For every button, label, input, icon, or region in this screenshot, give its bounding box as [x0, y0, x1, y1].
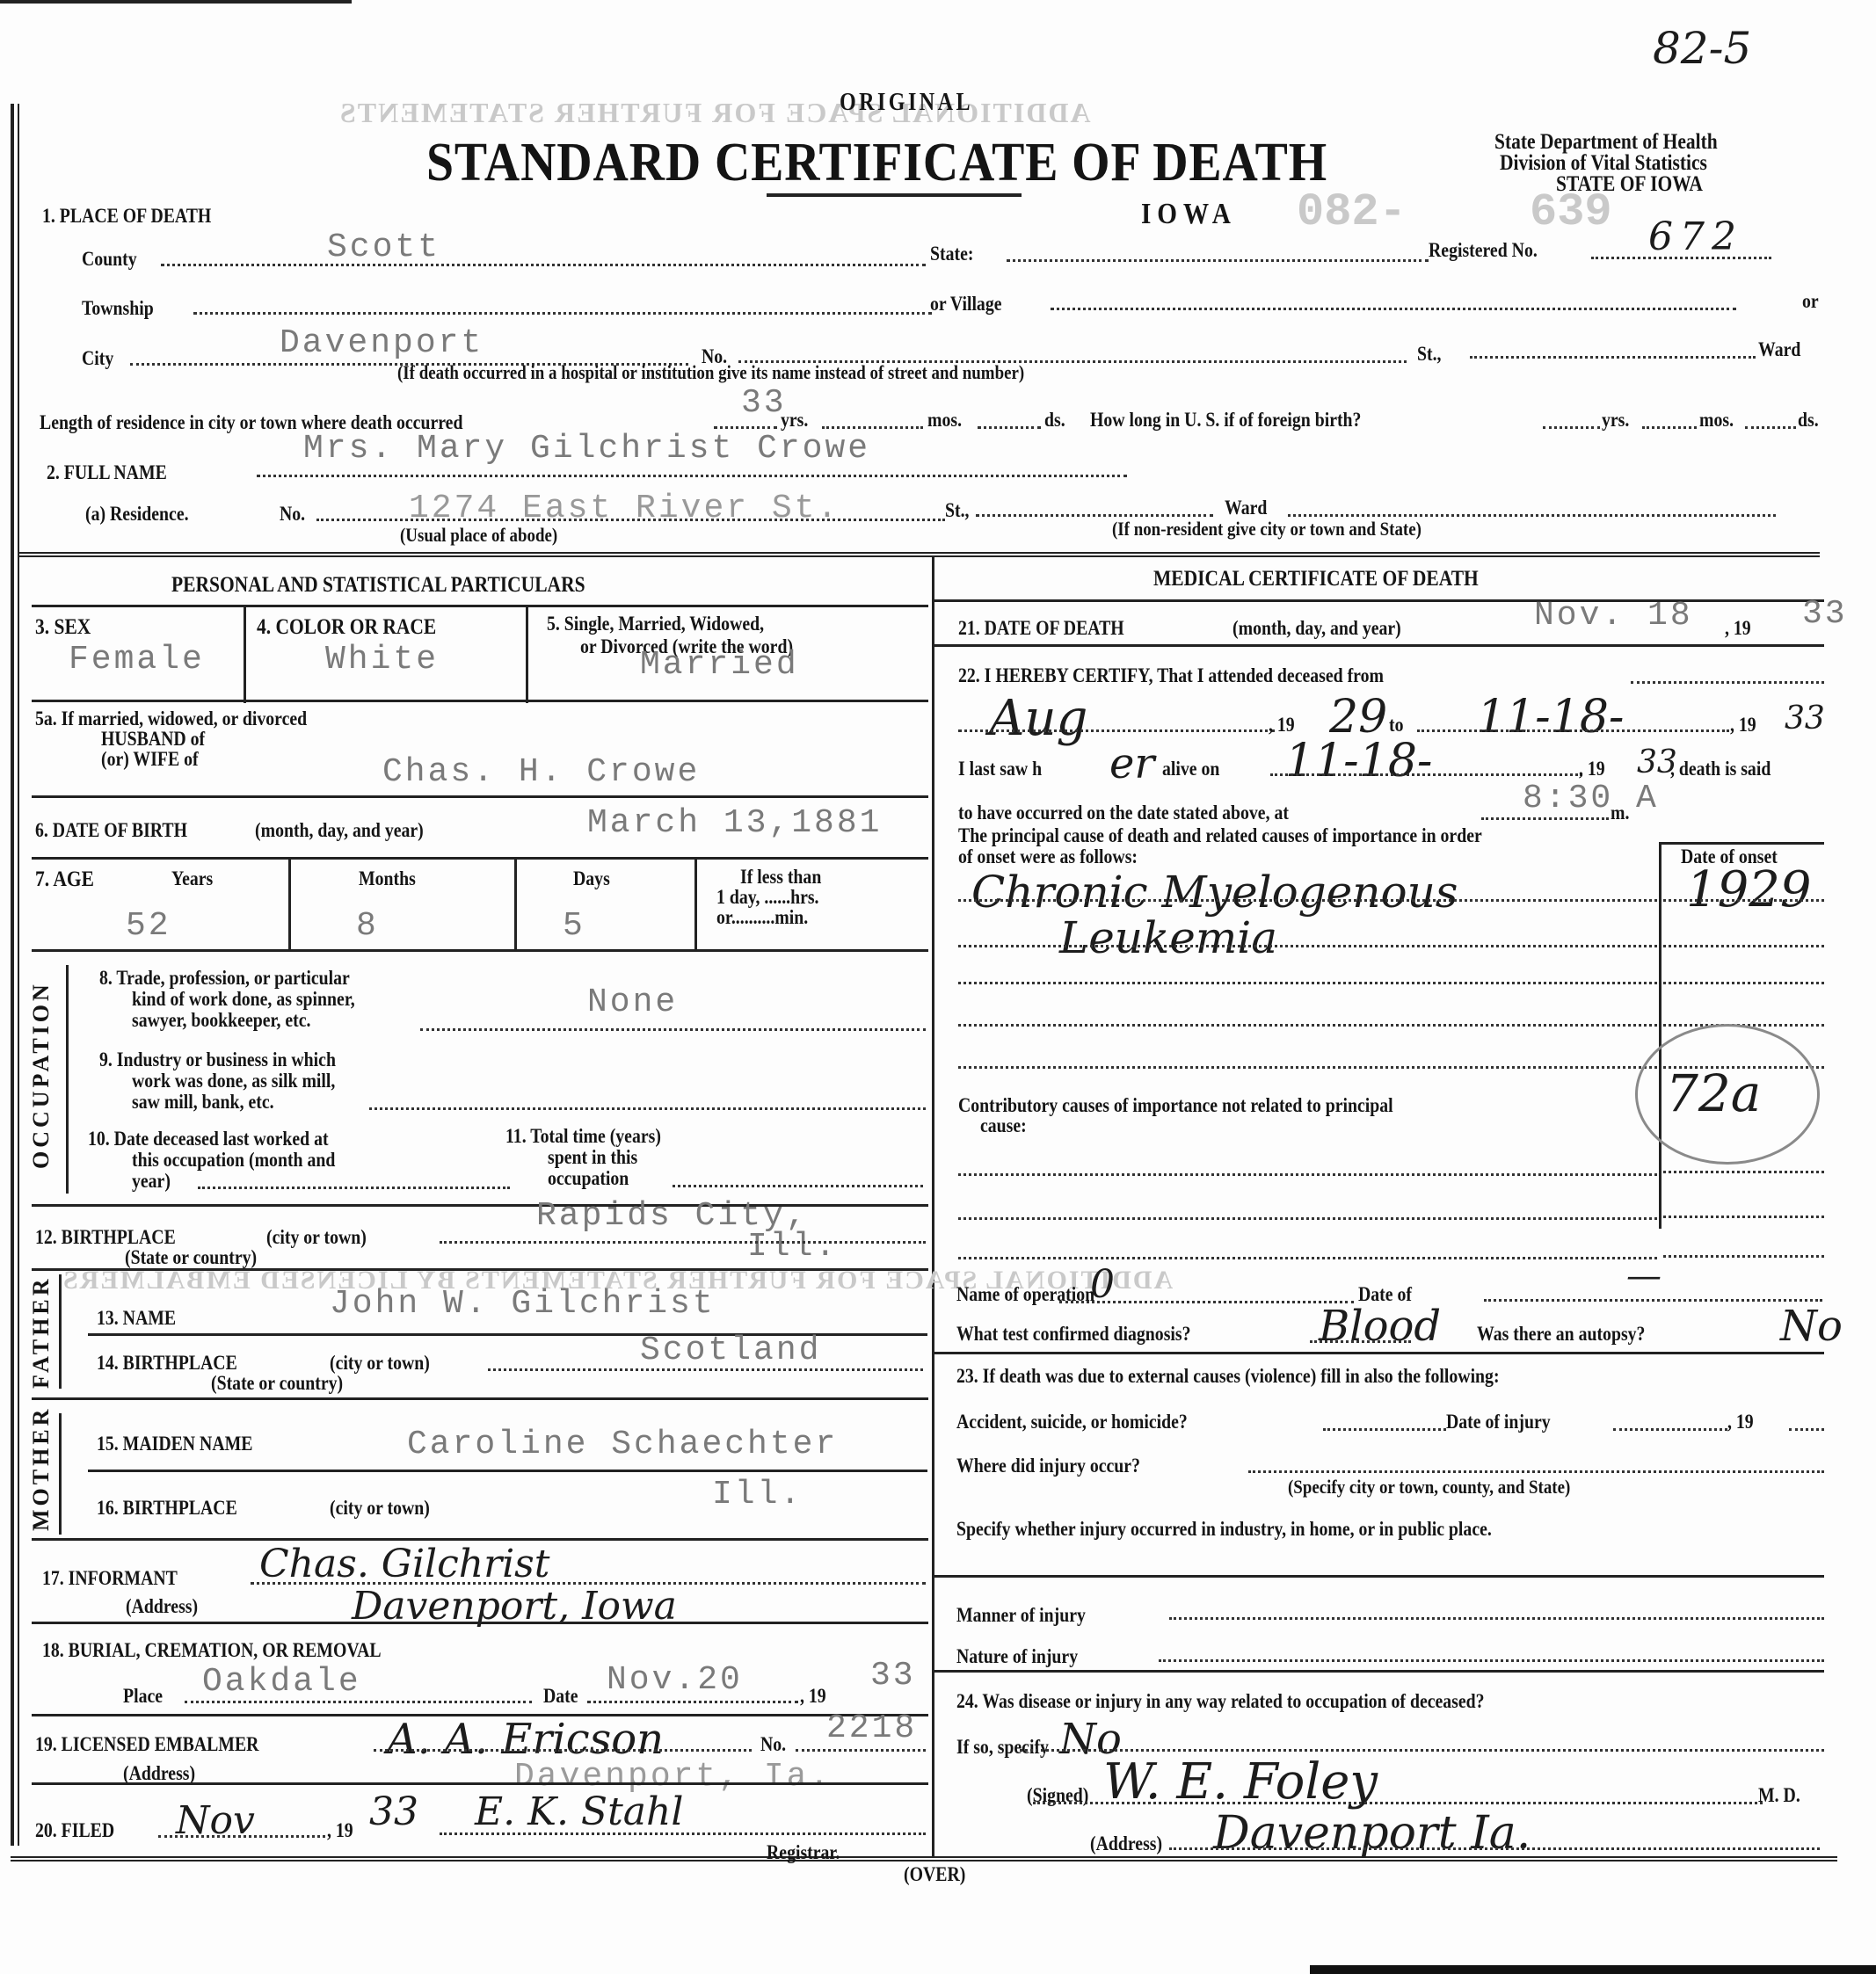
trade-label-2: kind of work done, as spinner, [132, 988, 355, 1010]
foreign-mos-line [1642, 426, 1697, 429]
physician-signature[interactable]: W. E. Foley [1103, 1758, 1378, 1807]
city-ward-line [1470, 356, 1756, 359]
specify-place-label: Specify whether injury occurred in indus… [956, 1518, 1492, 1540]
trade-label-3: sawyer, bookkeeper, etc. [132, 1009, 310, 1031]
dod-year-value[interactable]: 33 [1802, 598, 1848, 631]
cause-line-2 [958, 945, 1657, 947]
contrib-line-3 [958, 1257, 1657, 1259]
burial-place-label: Place [123, 1685, 163, 1707]
father-birthplace-line [488, 1368, 923, 1371]
dob-label: 6. DATE OF BIRTH [35, 819, 187, 841]
embalmer-signature[interactable]: A. A. Ericson [387, 1718, 664, 1760]
age-divider-2 [514, 860, 517, 952]
last-saw-label: I last saw h [958, 758, 1042, 780]
mother-side-rule [59, 1413, 62, 1535]
sex-label: 3. SEX [35, 615, 91, 640]
column-divider [932, 555, 934, 1856]
dob-value[interactable]: March 13,1881 [587, 807, 882, 840]
physician-address-line [1169, 1847, 1820, 1850]
father-name-label: 13. NAME [97, 1307, 176, 1329]
burial-date-value[interactable]: Nov.20 [607, 1664, 743, 1697]
mother-maiden-rule [88, 1470, 927, 1472]
title-underline [767, 193, 1022, 197]
city-value[interactable]: Davenport [280, 327, 484, 360]
industry-label-3: saw mill, bank, etc. [132, 1091, 274, 1113]
personal-heading-rule [32, 605, 928, 607]
row-rule-mother [32, 1538, 928, 1541]
state-line [1007, 259, 1429, 262]
row-rule-father [32, 1397, 928, 1400]
injury-year-line [1789, 1428, 1824, 1431]
cause-label-2: of onset were as follows: [958, 845, 1138, 867]
father-name-value[interactable]: John W. Gilchrist [330, 1288, 716, 1321]
race-value[interactable]: White [325, 643, 439, 677]
physician-address-label: (Address) [1090, 1832, 1162, 1854]
city-st-label: St., [1417, 343, 1441, 365]
total-time-line [673, 1185, 923, 1187]
specify-rule [934, 1575, 1824, 1578]
embalmer-no-value[interactable]: 2218 [826, 1712, 917, 1745]
onset-line-1 [1663, 899, 1824, 902]
father-side-label: FATHER [28, 1276, 55, 1389]
cause-value-1[interactable]: Chronic Myelogenous [971, 870, 1458, 914]
certify-label: 22. I HEREBY CERTIFY, That I attended de… [958, 664, 1384, 686]
injury-year-prefix: , 19 [1727, 1411, 1754, 1433]
scan-shadow-bottom [1310, 1965, 1876, 1974]
death-said-label: , death is said [1670, 758, 1771, 780]
embalmer-address-label: (Address) [123, 1762, 195, 1784]
sex-value[interactable]: Female [69, 643, 205, 677]
to-year-prefix: , 19 [1730, 714, 1756, 736]
spouse-label-2: HUSBAND of [101, 728, 205, 750]
alive-on-line [1270, 773, 1582, 776]
age-months-label: Months [359, 867, 416, 889]
marital-value[interactable]: Married [640, 649, 799, 682]
injury-date-line [1613, 1428, 1727, 1431]
external-causes-label: 23. If death was due to external causes … [956, 1365, 1500, 1387]
spouse-label-3: (or) WIFE of [101, 748, 199, 770]
total-time-label-1: 11. Total time (years) [505, 1125, 661, 1147]
operation-value[interactable]: 0 [1090, 1266, 1115, 1304]
where-injury-note: (Specify city or town, county, and State… [1288, 1477, 1570, 1498]
where-injury-line [1248, 1470, 1824, 1473]
contrib-label-1: Contributory causes of importance not re… [958, 1094, 1393, 1116]
medical-heading: MEDICAL CERTIFICATE OF DEATH [1153, 567, 1479, 591]
test-line [1310, 1340, 1411, 1343]
race-marital-divider [526, 606, 528, 703]
foreign-ds-label: ds. [1798, 409, 1819, 431]
contrib-label-2: cause: [980, 1114, 1027, 1136]
birthplace-line [440, 1241, 926, 1244]
contrib-onset-line-2 [1663, 1216, 1824, 1218]
onset-header-rule [1661, 842, 1824, 845]
contrib-onset-line-1 [1663, 1171, 1824, 1173]
dob-sublabel: (month, day, and year) [255, 819, 424, 841]
last-saw-pronoun[interactable]: er [1109, 743, 1154, 785]
marital-label-1: 5. Single, Married, Widowed, [547, 613, 764, 635]
where-injury-label: Where did injury occur? [956, 1455, 1140, 1477]
less-than-2: 1 day, ......hrs. [716, 886, 819, 908]
residence-mos-line [822, 426, 923, 429]
burial-date-label: Date [543, 1685, 578, 1707]
registrar-line [440, 1832, 926, 1835]
father-side-rule [59, 1274, 62, 1389]
residence-st-label: St., [945, 499, 969, 521]
last-worked-line [198, 1187, 510, 1189]
trade-value[interactable]: None [587, 986, 678, 1020]
filed-label: 20. FILED [35, 1819, 114, 1841]
if-so-label: If so, specify [956, 1736, 1049, 1758]
onset-line-2 [1663, 945, 1824, 947]
frame-left-border-inner [18, 104, 19, 1846]
injury-date-label: Date of injury [1446, 1411, 1551, 1433]
burial-place-value[interactable]: Oakdale [202, 1666, 361, 1699]
age-days-value[interactable]: 5 [563, 910, 585, 943]
row-rule-informant [32, 1622, 928, 1624]
divider-top-section [19, 552, 1820, 557]
mother-birthplace-value[interactable]: Ill. [712, 1478, 803, 1512]
nonresident-note: (If non-resident give city or town and S… [1112, 519, 1422, 540]
autopsy-value[interactable]: No [1780, 1305, 1843, 1347]
cause-line-3 [958, 982, 1657, 984]
registered-no-value[interactable]: 672 [1648, 218, 1743, 257]
registrar-signature[interactable]: E. K. Stahl [475, 1793, 683, 1832]
dod-label: 21. DATE OF DEATH [958, 617, 1124, 639]
embalmer-no-line [796, 1749, 926, 1752]
onset-column-divider [1659, 842, 1661, 1229]
circled-mark-text: 72a [1666, 1068, 1761, 1119]
contrib-line-2 [958, 1217, 1657, 1220]
total-time-label-2: spent in this [548, 1146, 637, 1168]
dod-sublabel: (month, day, and year) [1232, 617, 1401, 639]
city-label: City [82, 347, 113, 369]
foreign-yrs-label: yrs. [1602, 409, 1629, 431]
informant-address-value[interactable]: Davenport, Iowa [352, 1587, 677, 1626]
full-name-line [257, 475, 1127, 477]
time-value[interactable]: 8:30 A [1523, 782, 1659, 816]
personal-heading: PERSONAL AND STATISTICAL PARTICULARS [171, 573, 585, 598]
age-months-value[interactable]: 8 [356, 910, 379, 943]
burial-label: 18. BURIAL, CREMATION, OR REMOVAL [42, 1639, 382, 1661]
birthplace-state-value[interactable]: Ill. [747, 1230, 838, 1264]
corner-file-note: 82-5 [1653, 26, 1751, 70]
birthplace-sub-1: (city or town) [266, 1226, 367, 1248]
accident-line [1323, 1428, 1446, 1431]
embalmer-line [374, 1749, 752, 1752]
bleedthrough-top-text: ADDITIONAL SPACE FOR FURTHER STATEMENTS [338, 97, 1091, 129]
township-label: Township [82, 297, 154, 319]
nature-rule [934, 1670, 1824, 1673]
residence-ds-label: ds. [1044, 409, 1065, 431]
county-value[interactable]: Scott [327, 231, 440, 265]
residence-yrs-label: yrs. [781, 409, 808, 431]
from-year-value[interactable]: 29 [1329, 694, 1387, 740]
city-ward-label: Ward [1758, 338, 1800, 360]
nature-line [1159, 1659, 1824, 1662]
residence-ds-line [978, 426, 1041, 429]
residence-label: (a) Residence. [85, 503, 189, 525]
alive-year-prefix: , 19 [1579, 758, 1605, 780]
cause-value-2[interactable]: Leukemia [1059, 916, 1277, 960]
filed-year-value[interactable]: 33 [369, 1793, 418, 1832]
row-rule-5a [32, 795, 928, 798]
test-label: What test confirmed diagnosis? [956, 1323, 1190, 1345]
cause-line-5 [958, 1066, 1657, 1069]
scan-shadow-top [0, 0, 352, 4]
occurred-label: to have occurred on the date stated abov… [958, 802, 1289, 824]
sex-race-divider [244, 606, 246, 703]
age-years-value[interactable]: 52 [126, 910, 171, 943]
cause-line-1 [958, 899, 1657, 902]
industry-label-2: work was done, as silk mill, [132, 1070, 335, 1092]
race-label: 4. COLOR OR RACE [257, 615, 436, 640]
less-than-3: or..........min. [716, 906, 808, 928]
occupation-related-label: 24. Was disease or injury in any way rel… [956, 1690, 1485, 1712]
full-name-label: 2. FULL NAME [47, 461, 167, 483]
m-label: m. [1611, 802, 1629, 824]
foreign-mos-label: mos. [1699, 409, 1734, 431]
row-rule-3 [32, 700, 928, 702]
cause-label-1: The principal cause of death and related… [958, 824, 1482, 846]
residence-length-value[interactable]: 33 [741, 387, 787, 420]
contrib-line-1 [958, 1173, 1657, 1176]
age-divider-3 [694, 860, 697, 952]
foreign-birth-label: How long in U. S. if of foreign birth? [1090, 409, 1361, 431]
if-so-line [1020, 1749, 1824, 1752]
village-line [1051, 308, 1736, 310]
manner-line [1169, 1617, 1824, 1620]
burial-place-line [185, 1701, 532, 1703]
over-label: (OVER) [904, 1863, 965, 1885]
certify-line [1631, 681, 1824, 684]
village-label: or Village [930, 293, 1001, 315]
spouse-value[interactable]: Chas. H. Crowe [382, 756, 700, 789]
trade-label-1: 8. Trade, profession, or particular [99, 967, 350, 989]
residence-mos-label: mos. [927, 409, 962, 431]
hospital-note: (If death occurred in a hospital or inst… [397, 362, 1024, 383]
state-label: State: [930, 243, 973, 265]
from-year-prefix: , 19 [1269, 714, 1295, 736]
residence-ward-label: Ward [1225, 497, 1267, 519]
burial-date-line [587, 1701, 798, 1703]
row-rule-6 [32, 857, 928, 860]
registered-no-line [1591, 257, 1771, 259]
less-than-1: If less than [740, 866, 821, 888]
alive-on-value[interactable]: 11-18- [1285, 738, 1432, 784]
cause-line-4 [958, 1024, 1657, 1027]
total-time-label-3: occupation [548, 1167, 629, 1189]
date-of-line [1484, 1299, 1822, 1302]
trade-line [420, 1028, 926, 1031]
embalmer-label: 19. LICENSED EMBALMER [35, 1733, 258, 1755]
father-birthplace-label: 14. BIRTHPLACE [97, 1352, 237, 1374]
industry-line [369, 1107, 926, 1110]
mother-maiden-value[interactable]: Caroline Schaechter [407, 1428, 838, 1462]
onset-line-3 [1663, 982, 1824, 984]
birthplace-label: 12. BIRTHPLACE [35, 1226, 176, 1248]
attended-from-line [958, 729, 1275, 732]
father-birthplace-sub-2: (State or country) [211, 1372, 343, 1394]
row-rule-embalmer [32, 1782, 928, 1785]
attended-to-value[interactable]: 11-18- [1477, 694, 1624, 740]
abode-note: (Usual place of abode) [400, 525, 557, 546]
dod-value[interactable]: Nov. 18 [1534, 599, 1693, 633]
or-label: or [1802, 290, 1819, 312]
attended-to-line [1417, 729, 1729, 732]
mother-maiden-label: 15. MAIDEN NAME [97, 1433, 252, 1455]
residence-line [316, 519, 945, 521]
filed-date-line [158, 1835, 325, 1838]
burial-year-value[interactable]: 33 [870, 1659, 916, 1693]
signed-line [1033, 1802, 1763, 1804]
embalmer-no-label: No. [760, 1733, 786, 1755]
mother-birthplace-label: 16. BIRTHPLACE [97, 1497, 237, 1519]
contrib-onset-line-3 [1663, 1255, 1824, 1258]
attended-from-value[interactable]: Aug [989, 694, 1087, 744]
burial-year-prefix: , 19 [800, 1685, 826, 1707]
residence-ward-line [1288, 514, 1776, 517]
industry-label-1: 9. Industry or business in which [99, 1049, 336, 1070]
father-birthplace-sub-1: (city or town) [330, 1352, 430, 1374]
occupation-side-rule [66, 965, 69, 1194]
last-worked-label-3: year) [132, 1170, 171, 1192]
to-year-value[interactable]: 33 [1785, 703, 1825, 735]
alive-on-label: alive on [1162, 758, 1219, 780]
certificate-title: STANDARD CERTIFICATE OF DEATH [426, 132, 1327, 194]
occupation-side-label: OCCUPATION [28, 981, 55, 1169]
to-label: to [1389, 714, 1403, 736]
place-of-death-label: 1. PLACE OF DEATH [42, 205, 211, 227]
autopsy-label: Was there an autopsy? [1477, 1323, 1645, 1345]
operation-line [1059, 1301, 1354, 1303]
registrar-label: Registrar. [767, 1841, 840, 1863]
onset-value[interactable]: 1929 [1686, 866, 1812, 915]
md-label: M. D. [1758, 1784, 1800, 1806]
stamp-ghost-left: 082- [1297, 186, 1407, 238]
time-line [1481, 817, 1609, 820]
nature-label: Nature of injury [956, 1645, 1078, 1667]
full-name-value[interactable]: Mrs. Mary Gilchrist Crowe [303, 432, 870, 466]
informant-address-label: (Address) [126, 1595, 198, 1617]
manner-label: Manner of injury [956, 1604, 1086, 1626]
age-days-label: Days [573, 867, 610, 889]
state-name: IOWA [1141, 198, 1237, 230]
informant-label: 17. INFORMANT [42, 1567, 178, 1589]
last-worked-label-1: 10. Date deceased last worked at [88, 1128, 329, 1150]
residence-st-line [976, 514, 1213, 517]
age-years-label: Years [171, 867, 213, 889]
filed-year-prefix: , 19 [327, 1819, 353, 1841]
informant-value[interactable]: Chas. Gilchrist [259, 1545, 549, 1584]
date-of-value[interactable]: — [1626, 1259, 1661, 1294]
mother-side-label: MOTHER [28, 1406, 55, 1531]
frame-left-border [11, 104, 14, 1846]
foreign-yrs-line [1543, 426, 1600, 429]
dept-line-3: STATE OF IOWA [1556, 172, 1703, 197]
residence-no-label: No. [280, 503, 305, 525]
accident-label: Accident, suicide, or homicide? [956, 1411, 1188, 1433]
county-label: County [82, 248, 137, 270]
frame-bottom-border [11, 1856, 1837, 1862]
registered-no-label: Registered No. [1429, 239, 1538, 261]
mother-birthplace-sub: (city or town) [330, 1497, 430, 1519]
age-label: 7. AGE [35, 867, 94, 892]
dod-year-prefix: , 19 [1725, 617, 1751, 639]
age-divider-1 [288, 860, 291, 952]
spouse-label-1: 5a. If married, widowed, or divorced [35, 708, 307, 729]
original-label: ORIGINAL [840, 90, 973, 117]
dod-rule [934, 644, 1824, 647]
township-line [193, 312, 932, 315]
row-rule-7 [32, 949, 928, 952]
foreign-ds-line [1745, 426, 1796, 429]
diagnosis-rule [934, 1352, 1824, 1354]
last-worked-label-2: this occupation (month and [132, 1149, 335, 1171]
county-line [161, 264, 926, 266]
residence-yrs-line [714, 426, 777, 429]
father-birthplace-value[interactable]: Scotland [640, 1334, 821, 1368]
